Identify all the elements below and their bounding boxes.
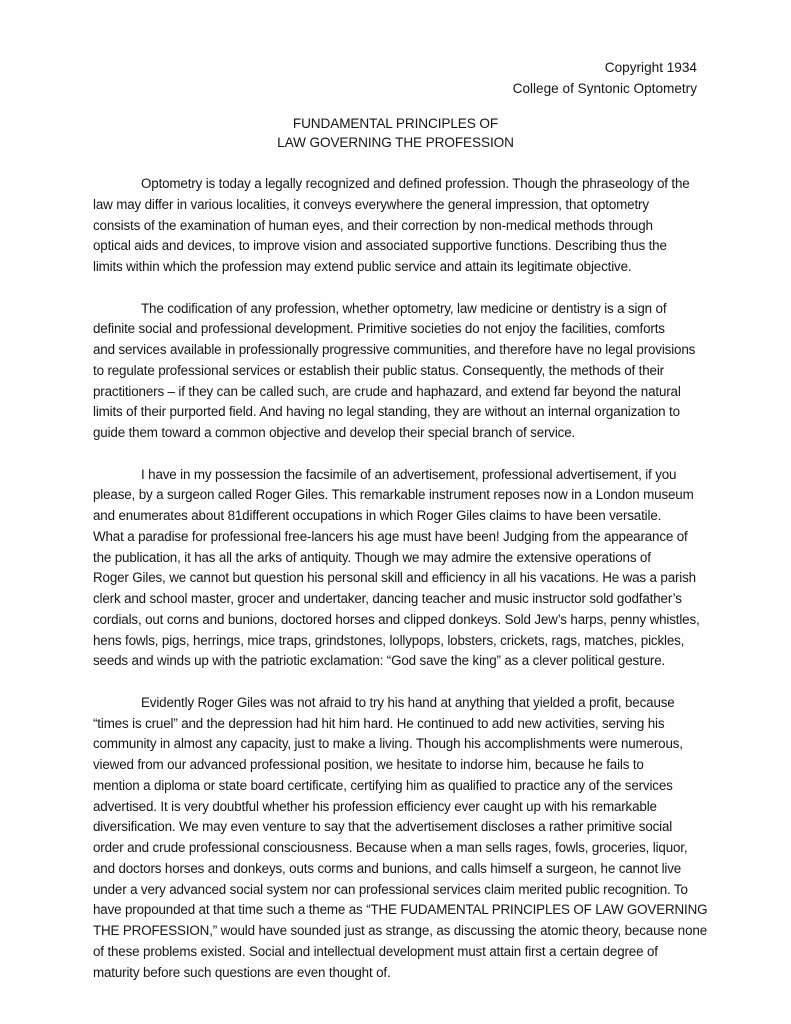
document-page: Copyright 1934 College of Syntonic Optom…: [0, 0, 791, 1024]
text-line: please, by a surgeon called Roger Giles.…: [93, 485, 703, 506]
text-line: advertised. It is very doubtful whether …: [93, 797, 703, 818]
text-line: consists of the examination of human eye…: [93, 216, 703, 237]
text-line: of these problems existed. Social and in…: [93, 942, 703, 963]
text-line: to regulate professional services or est…: [93, 361, 703, 382]
text-line: I have in my possession the facsimile of…: [93, 465, 703, 486]
text-line: Roger Giles, we cannot but question his …: [93, 568, 703, 589]
title-line-2: LAW GOVERNING THE PROFESSION: [0, 133, 791, 152]
text-line: maturity before such questions are even …: [93, 963, 703, 984]
document-header: Copyright 1934 College of Syntonic Optom…: [513, 58, 697, 100]
text-line: Evidently Roger Giles was not afraid to …: [93, 693, 703, 714]
text-line: under a very advanced social system nor …: [93, 880, 703, 901]
text-line: optical aids and devices, to improve vis…: [93, 236, 703, 257]
copyright-line: Copyright 1934: [513, 58, 697, 79]
text-line: community in almost any capacity, just t…: [93, 734, 703, 755]
text-line: and services available in professionally…: [93, 340, 703, 361]
text-line: The codification of any profession, whet…: [93, 299, 703, 320]
text-line: limits of their purported field. And hav…: [93, 402, 703, 423]
text-line: hens fowls, pigs, herrings, mice traps, …: [93, 631, 703, 652]
text-line: limits within which the profession may e…: [93, 257, 703, 278]
text-line: have propounded at that time such a them…: [93, 900, 703, 921]
paragraph-1: Optometry is today a legally recognized …: [93, 174, 703, 278]
paragraph-2: The codification of any profession, whet…: [93, 299, 703, 444]
text-line: mention a diploma or state board certifi…: [93, 776, 703, 797]
text-line: order and crude professional consciousne…: [93, 838, 703, 859]
text-line: What a paradise for professional free-la…: [93, 527, 703, 548]
document-body: Optometry is today a legally recognized …: [93, 174, 703, 1004]
text-line: THE PROFESSION,” would have sounded just…: [93, 921, 703, 942]
organization-line: College of Syntonic Optometry: [513, 79, 697, 100]
title-line-1: FUNDAMENTAL PRINCIPLES OF: [0, 114, 791, 133]
text-line: clerk and school master, grocer and unde…: [93, 589, 703, 610]
text-line: viewed from our advanced professional po…: [93, 755, 703, 776]
document-title: FUNDAMENTAL PRINCIPLES OF LAW GOVERNING …: [0, 114, 791, 152]
text-line: cordials, out corns and bunions, doctore…: [93, 610, 703, 631]
paragraph-4: Evidently Roger Giles was not afraid to …: [93, 693, 703, 984]
text-line: definite social and professional develop…: [93, 319, 703, 340]
text-line: “times is cruel” and the depression had …: [93, 714, 703, 735]
text-line: practitioners – if they can be called su…: [93, 382, 703, 403]
text-line: and enumerates about 81different occupat…: [93, 506, 703, 527]
text-line: seeds and winds up with the patriotic ex…: [93, 651, 703, 672]
text-line: the publication, it has all the arks of …: [93, 548, 703, 569]
text-line: Optometry is today a legally recognized …: [93, 174, 703, 195]
text-line: and doctors horses and donkeys, outs cor…: [93, 859, 703, 880]
text-line: law may differ in various localities, it…: [93, 195, 703, 216]
text-line: guide them toward a common objective and…: [93, 423, 703, 444]
paragraph-3: I have in my possession the facsimile of…: [93, 465, 703, 673]
text-line: diversification. We may even venture to …: [93, 817, 703, 838]
